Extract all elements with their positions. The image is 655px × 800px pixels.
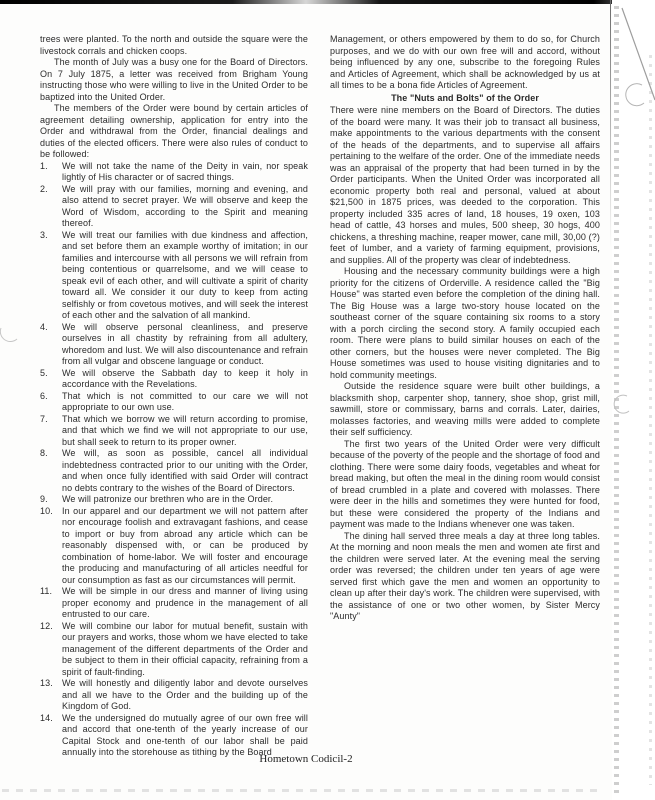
rules-of-conduct-list: 1.We will not take the name of the Deity… <box>40 161 308 759</box>
rule-text: We will, as soon as possible, cancel all… <box>62 448 308 494</box>
rule-number: 5. <box>40 368 62 391</box>
rule-number: 9. <box>40 494 62 506</box>
scan-top-bar <box>0 0 612 4</box>
rule-number: 6. <box>40 391 62 414</box>
rule-text: We will patronize our brethren who are i… <box>62 494 308 506</box>
rule-text: We will be simple in our dress and manne… <box>62 586 308 621</box>
rule-text: We will not take the name of the Deity i… <box>62 161 308 184</box>
scan-page-edge-line <box>610 0 611 248</box>
rule-number: 10. <box>40 506 62 587</box>
rule-item: 2.We will pray with our families, mornin… <box>40 184 308 230</box>
continuation-paragraph: Management, or others empowered by them … <box>330 34 600 92</box>
paragraph: The members of the Order were bound by c… <box>40 103 308 161</box>
rule-number: 3. <box>40 230 62 322</box>
rule-item: 9.We will patronize our brethren who are… <box>40 494 308 506</box>
right-text-column: Management, or others empowered by them … <box>330 34 600 623</box>
rule-text: We will observe personal cleanliness, an… <box>62 322 308 368</box>
rule-number: 7. <box>40 414 62 449</box>
rule-text: We will pray with our families, morning … <box>62 184 308 230</box>
paragraph: The dining hall served three meals a day… <box>330 531 600 623</box>
paragraph: There were nine members on the Board of … <box>330 105 600 266</box>
paragraph: Outside the residence square were built … <box>330 381 600 439</box>
paragraph: The month of July was a busy one for the… <box>40 57 308 103</box>
page-footer: Hometown Codicil-2 <box>0 753 612 765</box>
rule-item: 8.We will, as soon as possible, cancel a… <box>40 448 308 494</box>
rule-item: 12.We will combine our labor for mutual … <box>40 621 308 679</box>
perforation-edge-faint <box>649 55 652 785</box>
rule-text: We will treat our families with due kind… <box>62 230 308 322</box>
rule-number: 12. <box>40 621 62 679</box>
paragraph: Housing and the necessary community buil… <box>330 266 600 381</box>
left-text-column: trees were planted. To the north and out… <box>40 34 308 759</box>
rule-text: We will honestly and diligently labor an… <box>62 678 308 713</box>
rule-item: 10.In our apparel and our department we … <box>40 506 308 587</box>
rule-number: 2. <box>40 184 62 230</box>
rule-item: 6.That which is not committed to our car… <box>40 391 308 414</box>
rule-item: 14.We the undersigned do mutually agree … <box>40 713 308 759</box>
rule-item: 7.That which we borrow we will return ac… <box>40 414 308 449</box>
rule-text: That which we borrow we will return acco… <box>62 414 308 449</box>
rule-item: 5.We will observe the Sabbath day to kee… <box>40 368 308 391</box>
scan-bottom-artifact <box>2 789 602 792</box>
rule-text: We will combine our labor for mutual ben… <box>62 621 308 679</box>
perforation-edge <box>614 6 619 794</box>
rule-item: 11.We will be simple in our dress and ma… <box>40 586 308 621</box>
paragraph: trees were planted. To the north and out… <box>40 34 308 57</box>
rule-item: 3.We will treat our families with due ki… <box>40 230 308 322</box>
binding-curl-artifact-top <box>626 84 644 106</box>
rule-number: 8. <box>40 448 62 494</box>
rule-item: 1.We will not take the name of the Deity… <box>40 161 308 184</box>
rule-text: We will observe the Sabbath day to keep … <box>62 368 308 391</box>
rule-number: 1. <box>40 161 62 184</box>
rule-number: 14. <box>40 713 62 759</box>
rule-text: We the undersigned do mutually agree of … <box>62 713 308 759</box>
rule-item: 4.We will observe personal cleanliness, … <box>40 322 308 368</box>
rule-number: 13. <box>40 678 62 713</box>
rule-text: That which is not committed to our care … <box>62 391 308 414</box>
rule-text: In our apparel and our department we wil… <box>62 506 308 587</box>
section-heading: The "Nuts and Bolts" of the Order <box>330 93 600 105</box>
rule-number: 4. <box>40 322 62 368</box>
paragraph: The first two years of the United Order … <box>330 439 600 531</box>
rule-item: 13.We will honestly and diligently labor… <box>40 678 308 713</box>
rule-number: 11. <box>40 586 62 621</box>
